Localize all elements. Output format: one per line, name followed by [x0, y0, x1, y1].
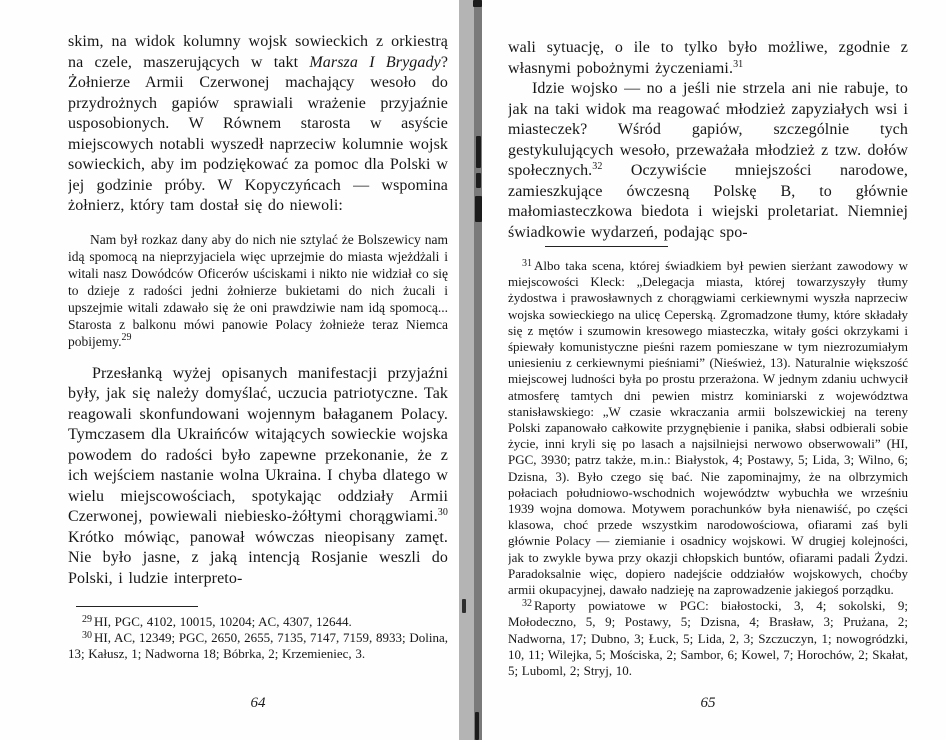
footnote-29-text: HI, PGC, 4102, 10015, 10204; AC, 4307, 1…	[94, 614, 352, 629]
left-p2-text-a: Przesłanką wyżej opisanych manifestacji …	[68, 365, 448, 526]
footnote-31-marker: 31	[522, 258, 532, 269]
footnote-ref-31: 31	[733, 59, 743, 70]
left-footnotes: 29HI, PGC, 4102, 10015, 10204; AC, 4307,…	[68, 614, 448, 663]
left-paragraph-1: skim, na widok kolumny wojsk sowieckich …	[68, 32, 448, 217]
footnote-31: 31Albo taka scena, której świadkiem był …	[508, 258, 908, 598]
right-footnotes: 31Albo taka scena, której świadkiem był …	[508, 258, 908, 679]
footnote-32-text: Raporty powiatowe w PGC: białostocki, 3,…	[508, 598, 908, 678]
footnote-29: 29HI, PGC, 4102, 10015, 10204; AC, 4307,…	[68, 614, 448, 630]
book-spread-scan: skim, na widok kolumny wojsk sowieckich …	[0, 0, 946, 740]
left-main-text: skim, na widok kolumny wojsk sowieckich …	[68, 32, 448, 588]
footnote-separator-left	[76, 606, 198, 607]
page-number-65: 65	[508, 695, 908, 712]
footnote-30: 30HI, AC, 12349; PGC, 2650, 2655, 7135, …	[68, 630, 448, 662]
footnote-separator-right	[545, 246, 668, 247]
scan-artifact	[473, 0, 482, 7]
scan-artifact	[475, 196, 482, 222]
footnote-32: 32Raporty powiatowe w PGC: białostocki, …	[508, 598, 908, 679]
scan-artifact	[476, 136, 481, 168]
right-main-text: wali sytuację, o ile to tylko było możli…	[508, 38, 908, 243]
left-paragraph-2: Przesłanką wyżej opisanych manifestacji …	[68, 364, 448, 589]
footnote-30-text: HI, AC, 12349; PGC, 2650, 2655, 7135, 71…	[68, 630, 448, 661]
scan-artifact	[462, 599, 466, 613]
footnote-30-marker: 30	[82, 630, 92, 641]
quote-text: Nam był rozkaz dany aby do nich nie szty…	[68, 232, 448, 349]
right-p1-text: wali sytuację, o ile to tylko było możli…	[508, 39, 908, 77]
footnote-29-marker: 29	[82, 614, 92, 625]
italic-book-title: Marsza I Brygady	[309, 54, 440, 71]
block-quote: Nam był rozkaz dany aby do nich nie szty…	[68, 231, 448, 350]
page-left: skim, na widok kolumny wojsk sowieckich …	[68, 0, 448, 740]
footnote-ref-29: 29	[122, 332, 132, 343]
page-right: wali sytuację, o ile to tylko było możli…	[508, 0, 908, 740]
footnote-32-marker: 32	[522, 598, 532, 609]
footnote-ref-32: 32	[592, 161, 602, 172]
scan-artifact	[476, 173, 481, 188]
binding-gutter-shadow	[474, 0, 482, 740]
page-number-64: 64	[68, 695, 448, 712]
left-p1-text-b: ? Żołnierze Armii Czerwonej machający we…	[68, 54, 448, 215]
binding-gutter	[459, 0, 475, 740]
left-p2-text-b: Krótko mówiąc, panował wówczas nieopisan…	[68, 529, 448, 587]
right-paragraph-2: Idzie wojsko — no a jeśli nie strzela an…	[508, 79, 908, 243]
scan-artifact	[475, 712, 479, 740]
footnote-ref-30: 30	[438, 507, 448, 518]
footnote-31-text: Albo taka scena, której świadkiem był pe…	[508, 258, 908, 597]
right-paragraph-1: wali sytuację, o ile to tylko było możli…	[508, 38, 908, 79]
